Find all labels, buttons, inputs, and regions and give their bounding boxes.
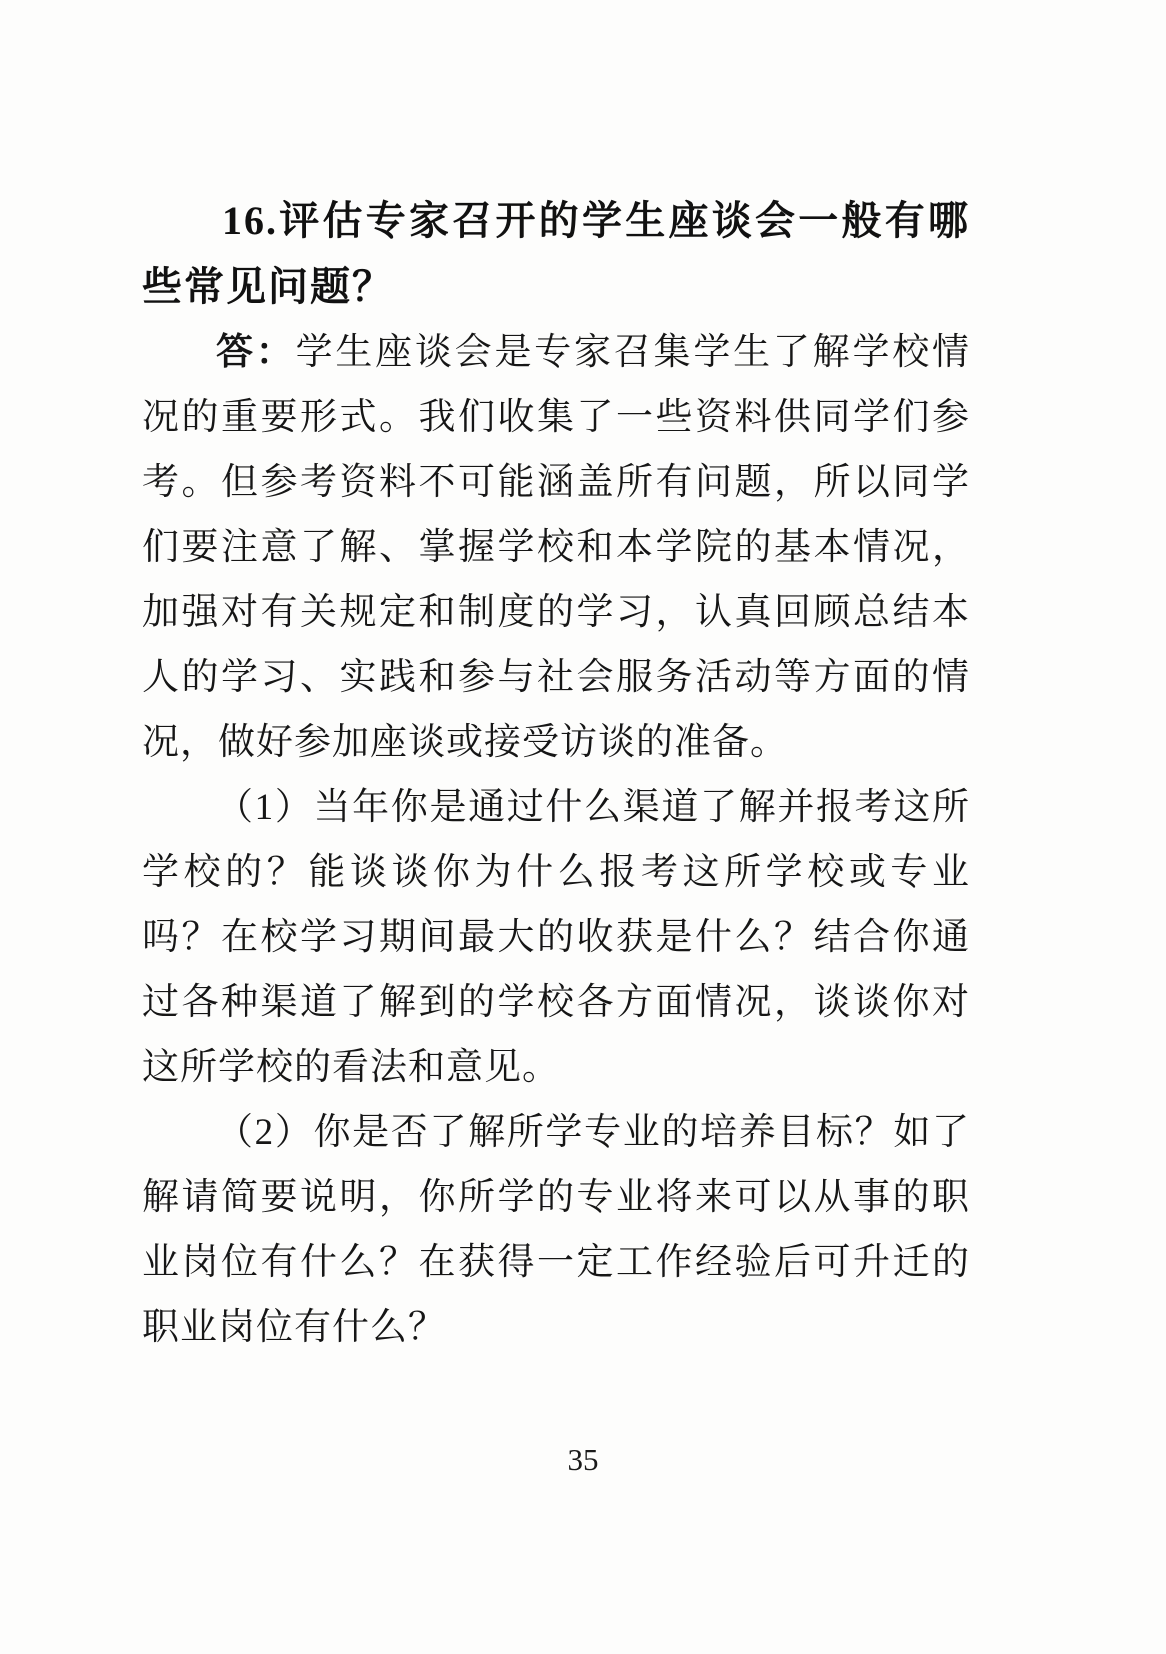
- sub-question-1: （1）当年你是通过什么渠道了解并报考这所学校的？能谈谈你为什么报考这所学校或专业…: [142, 775, 970, 1100]
- sub-question-2: （2）你是否了解所学专业的培养目标？如了解请简要说明，你所学的专业将来可以从事的…: [142, 1100, 970, 1360]
- page-content: 16.评估专家召开的学生座谈会一般有哪些常见问题？ 答：学生座谈会是专家召集学生…: [142, 188, 970, 1360]
- answer-prefix-label: 答：: [216, 332, 296, 373]
- answer-text: 学生座谈会是专家召集学生了解学校情况的重要形式。我们收集了一些资料供同学们参考。…: [142, 332, 970, 763]
- document-page: 16.评估专家召开的学生座谈会一般有哪些常见问题？ 答：学生座谈会是专家召集学生…: [0, 0, 1166, 1654]
- page-number: 35: [0, 1440, 1166, 1480]
- question-heading: 16.评估专家召开的学生座谈会一般有哪些常见问题？: [142, 188, 970, 320]
- answer-paragraph: 答：学生座谈会是专家召集学生了解学校情况的重要形式。我们收集了一些资料供同学们参…: [142, 320, 970, 775]
